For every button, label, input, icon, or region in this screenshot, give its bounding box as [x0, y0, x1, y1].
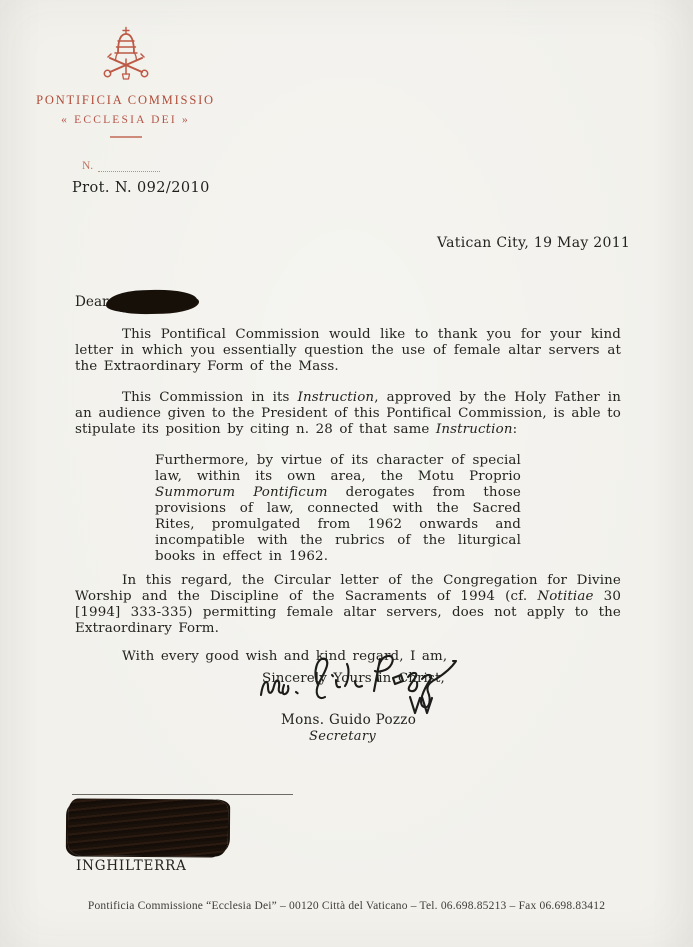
paragraph-1: This Pontifical Commission would like to… [75, 327, 621, 375]
letter-body: This Pontifical Commission would like to… [75, 327, 621, 687]
date-line: Vatican City, 19 May 2011 [437, 235, 630, 251]
reference-number-row: N. [82, 160, 160, 172]
paragraph-3: In this regard, the Circular letter of t… [75, 573, 621, 637]
footer-contact-line: Pontificia Commissione “Ecclesia Dei” – … [0, 900, 693, 912]
paragraph-2: This Commission in its Instruction, appr… [75, 390, 621, 438]
ref-label: N. [82, 160, 93, 172]
address-scan-line [72, 794, 293, 795]
address-country: INGHILTERRA [76, 858, 187, 874]
redacted-recipient-name [107, 289, 198, 315]
vatican-crest-icon [99, 26, 153, 84]
block-quote-n28: Furthermore, by virtue of its character … [155, 453, 521, 565]
org-name-line1: PONTIFICIA COMMISSIO [28, 94, 223, 108]
signer-title: Secretary [309, 729, 376, 744]
signer-name: Mons. Guido Pozzo [281, 712, 416, 728]
ref-dotted-line [98, 161, 160, 172]
letterhead: PONTIFICIA COMMISSIO « ECCLESIA DEI » [28, 26, 223, 138]
org-name-line2: « ECCLESIA DEI » [28, 114, 223, 126]
protocol-number: Prot. N. 092/2010 [72, 180, 210, 196]
redacted-address-block [68, 798, 228, 856]
scanned-letter-page: PONTIFICIA COMMISSIO « ECCLESIA DEI » N.… [0, 0, 693, 947]
letterhead-rule [110, 136, 142, 138]
salutation: Dear [75, 294, 109, 310]
